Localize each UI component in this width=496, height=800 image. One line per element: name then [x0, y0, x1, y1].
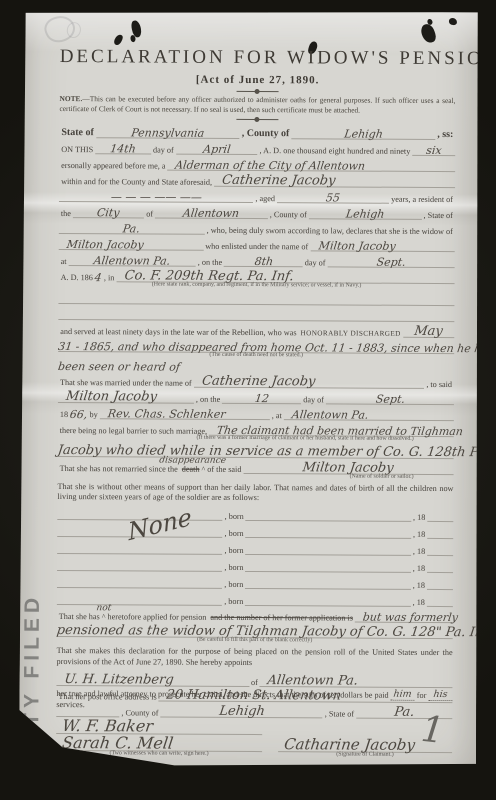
not-insert-value: not — [96, 603, 112, 613]
document-page: DECLARATION FOR WIDOW'S PENSION. [Act of… — [19, 10, 480, 769]
enlist-name-value: Milton Jacoby — [318, 240, 396, 251]
enlist-month-value: Sept. — [376, 256, 406, 267]
dashes-blank: — — — —— —— — [59, 188, 253, 203]
signatures-row: W. F. Baker Sarah C. Mell (Two witnesses… — [56, 717, 452, 759]
po-blank: 20 Hamilton St. Allentown — [159, 688, 453, 704]
child-row: , born , 18 — [57, 538, 453, 556]
officer-value: Alderman of the City of Allentown — [175, 159, 366, 171]
born-label: , born — [222, 580, 245, 589]
witness-column: W. F. Baker Sarah C. Mell (Two witnesses… — [56, 717, 262, 758]
line-aged: — — — —— —— , aged 55 years, a resident … — [59, 187, 455, 204]
ss-label: , ss: — [435, 129, 455, 140]
town-blank: Allentown — [155, 204, 268, 219]
enlist-day-value: 8th — [253, 256, 273, 267]
month-value: April — [202, 143, 231, 154]
county2-blank: Lehigh — [309, 205, 422, 220]
married-under-label: That she was married under the name of — [58, 378, 194, 388]
state3-value: Pa. — [393, 706, 415, 719]
ad-186-label: A. D. 186 — [59, 273, 95, 282]
photo-background: DECLARATION FOR WIDOW'S PENSION. [Act of… — [0, 0, 496, 800]
city-blank: City — [73, 204, 144, 218]
appeared-label: ersonally appeared before me, a — [59, 161, 167, 171]
ornament-divider — [237, 91, 279, 92]
child-name-blank — [57, 591, 222, 606]
child-year-blank — [427, 542, 453, 556]
minister-blank: Rev. Chas. Schlenker — [100, 405, 270, 420]
former-pension-blank: but was formerly — [355, 608, 453, 623]
child-name-blank — [57, 574, 222, 589]
child-date-blank — [245, 575, 410, 590]
witness1-signature: W. F. Baker — [61, 718, 154, 734]
county-value: Lehigh — [343, 128, 383, 139]
born-label: , born — [222, 546, 245, 555]
year18-label: , 18 — [411, 547, 427, 556]
prior-marriage2-blank: Jacoby who died while in service as a me… — [58, 443, 454, 459]
county-label: , County of — [240, 127, 292, 138]
child-date-blank — [246, 541, 411, 556]
line-not-remarried: That she has not remarried since the dis… — [58, 458, 454, 475]
blank-ruled-line — [58, 289, 454, 306]
line-residence: the City of Allentown , County of Lehigh… — [59, 203, 455, 220]
enlist-place-blank: Allentown Pa. — [69, 252, 196, 267]
county2-value: Lehigh — [345, 208, 385, 219]
marriage-month-blank: Sept. — [326, 390, 454, 405]
child-date-blank — [245, 592, 410, 607]
line-soldier: Milton Jacoby who enlisted under the nam… — [59, 235, 455, 252]
note-paragraph: NOTE.—This can be executed before any of… — [59, 94, 455, 116]
state-label: State of — [59, 127, 96, 138]
day-of3-label: day of — [301, 395, 326, 404]
month-blank: April — [176, 140, 258, 154]
at-label: at — [59, 257, 69, 266]
state2-blank: Pa. — [59, 220, 205, 235]
child-date-blank — [246, 524, 411, 539]
discharge-line3-value: been seen or heard of — [57, 361, 180, 373]
state-blank: Pennsylvania — [96, 124, 240, 139]
marriage-day-blank: 12 — [222, 389, 301, 403]
by-label: by — [88, 410, 100, 419]
line-aforesaid: within and for the County and State afor… — [59, 171, 455, 188]
discharge-line2-value: 31 - 1865, and who disappeared from home… — [58, 341, 496, 354]
married-name-value: Catherine Jacoby — [201, 374, 316, 388]
empty-blank — [58, 290, 454, 306]
applied1-label: That she has — [57, 612, 102, 621]
child-date-blank — [245, 558, 410, 573]
husband-blank: Milton Jacoby — [58, 389, 194, 404]
year18-label: , 18 — [411, 581, 427, 590]
discharge-blank: May — [403, 323, 455, 337]
no-barrier-label: there being no legal barrier to such mar… — [58, 426, 209, 436]
child-row: , born , 18 — [57, 504, 453, 522]
act-subtitle: [Act of June 27, 1890. — [60, 73, 456, 88]
prior-marriage-line2-value: Jacoby who died while in service as a me… — [57, 444, 496, 459]
signature-section: That her post office address is 20 Hamil… — [56, 685, 452, 759]
not-insertion: not^ — [102, 612, 106, 621]
county3-value: Lehigh — [218, 705, 265, 718]
born-label: , born — [222, 563, 245, 572]
unit-blank: Co. F. 209th Regt. Pa. Inf. — [116, 268, 454, 284]
aforesaid-label: within and for the County and State afor… — [59, 177, 214, 187]
city-value: City — [97, 207, 121, 218]
line-married-name: That she was married under the name of C… — [58, 372, 454, 389]
enlist-month-blank: Sept. — [327, 253, 454, 268]
prior-marriage-blank: The claimant had been married to Tilghma… — [209, 421, 454, 436]
note-text: —This can be executed before any officer… — [59, 94, 455, 114]
county3-blank: Lehigh — [160, 704, 322, 719]
discharge-line2-blank: 31 - 1865, and who disappeared from home… — [58, 338, 454, 354]
resident-label: years, a resident of — [389, 194, 455, 203]
line-unit: A. D. 1864 , in Co. F. 209th Regt. Pa. I… — [59, 267, 455, 284]
enlist-place-value: Allentown Pa. — [93, 255, 171, 266]
enlist-day-blank: 8th — [224, 252, 303, 266]
age-value: 55 — [325, 192, 340, 203]
born-label: , born — [223, 529, 246, 538]
year-blank: six — [412, 141, 455, 155]
minister-value: Rev. Chas. Schlenker — [107, 408, 226, 420]
ornament-divider — [236, 118, 278, 119]
witness2-line: Sarah C. Mell — [56, 734, 262, 752]
caret-mark: ^ — [102, 612, 106, 621]
declaration-paragraph: That she makes this declaration for the … — [57, 646, 453, 669]
town-value: Allentown — [183, 207, 241, 218]
marriage-month-value: Sept. — [375, 393, 405, 404]
note-label: NOTE. — [59, 94, 82, 103]
served-label: and served at least ninety days in the l… — [58, 327, 298, 337]
child-row: , born , 18 — [57, 521, 453, 539]
at2-label: , at — [270, 411, 284, 420]
year18-label: , 18 — [411, 598, 427, 607]
empty-blank — [58, 306, 454, 322]
state3-label: , State of — [323, 709, 356, 718]
year18-label: , 18 — [411, 513, 427, 522]
the-label: the — [59, 209, 73, 218]
witness2-signature: Sarah C. Mell — [61, 735, 174, 752]
day-of2-label: day of — [303, 258, 328, 267]
claimant-value: Catherine Jacoby — [221, 173, 336, 187]
soldier-blank: Milton Jacoby — [59, 236, 204, 251]
claimant-blank: Catherine Jacoby — [214, 172, 455, 187]
day-value: 14th — [110, 143, 137, 154]
child-year-blank — [427, 508, 453, 522]
on-the-label: , on the — [196, 257, 224, 266]
disappearance-value: disappearance — [159, 455, 227, 465]
to-said-label: , to said — [424, 379, 454, 388]
line-discharge-handwritten: 31 - 1865, and who disappeared from home… — [58, 337, 454, 354]
line-marriage-year: 1866, by Rev. Chas. Schlenker , at Allen… — [58, 404, 454, 421]
support-paragraph: That she is without other means of suppo… — [57, 482, 453, 505]
line-discharge-continued: been seen or heard of — [58, 359, 454, 373]
officer-blank: Alderman of the City of Allentown — [167, 156, 455, 172]
marriage-place-blank: Allentown Pa. — [284, 406, 454, 421]
child-name-blank — [57, 557, 222, 572]
atty-filed-stamp: ATTY FILED — [20, 593, 45, 763]
day-of-label: day of — [151, 145, 176, 154]
po-label: That her post office address is — [56, 692, 158, 702]
line-appeared: ersonally appeared before me, a Alderman… — [59, 155, 455, 172]
page-number: 1 — [419, 709, 446, 752]
born-label: , born — [222, 597, 245, 606]
applied2-label: heretofore applied for pension — [105, 612, 208, 622]
form-content: DECLARATION FOR WIDOW'S PENSION. [Act of… — [56, 10, 456, 713]
line-enlist-place: at Allentown Pa. , on the 8th day of Sep… — [59, 251, 455, 268]
year18-label: , 18 — [411, 530, 427, 539]
line-former-pension-2: pensioned as the widow of Tilghman Jacob… — [57, 622, 453, 639]
soldier-value: Milton Jacoby — [66, 239, 144, 250]
claimant-signature: Catharine Jacoby — [283, 737, 416, 753]
state2-value: Pa. — [123, 223, 141, 234]
former-pension-value: but was formerly — [362, 611, 458, 622]
death-correction: disappearancedeath^ — [180, 464, 206, 473]
dashes-value: — — — —— —— — [110, 191, 202, 202]
state-value: Pennsylvania — [131, 127, 205, 138]
enlisted-label: who enlisted under the name of — [203, 241, 310, 251]
child-year-blank — [427, 525, 453, 539]
applied-struck-label: and the number of her former application… — [208, 613, 355, 623]
husband-value: Milton Jacoby — [65, 390, 158, 403]
soldier2-value: Milton Jacoby — [302, 461, 395, 474]
document-title: DECLARATION FOR WIDOW'S PENSION. — [60, 46, 456, 70]
line-state-county: State of Pennsylvania , County of Lehigh… — [59, 123, 455, 140]
county2-label: , County of — [268, 210, 309, 219]
year-value: six — [425, 144, 442, 155]
aged-label: , aged — [253, 194, 277, 203]
born-label: , born — [223, 512, 246, 521]
soldier2-blank: Milton Jacoby — [243, 460, 453, 475]
marriage-year-value: 66, — [69, 409, 88, 420]
line-discharge: and served at least ninety days in the l… — [58, 321, 454, 338]
married-name-blank: Catherine Jacoby — [194, 373, 425, 388]
line-applied: That she has not^ heretofore applied for… — [57, 606, 453, 623]
line-post-office: That her post office address is 20 Hamil… — [56, 686, 452, 703]
honorably-label: HONORABLY DISCHARGED — [299, 329, 403, 338]
unit-value: Co. F. 209th Regt. Pa. Inf. — [124, 269, 295, 283]
year18-label: , 18 — [411, 564, 427, 573]
y18-label: 18 — [58, 410, 70, 419]
child-row: , born , 18 — [57, 555, 453, 573]
widow-clause-label: , who, being duly sworn according to law… — [205, 225, 455, 235]
on-this-label: ON THIS — [59, 145, 95, 154]
county-blank: Lehigh — [291, 125, 435, 140]
age-blank: 55 — [277, 189, 389, 204]
enlist-name-blank: Milton Jacoby — [310, 237, 455, 252]
marriage-day-value: 12 — [254, 393, 269, 404]
former-pension-line2-value: pensioned as the widow of Tilghman Jacob… — [56, 624, 493, 639]
child-year-blank — [427, 576, 453, 590]
prior-marriage-value: The claimant had been married to Tilghma… — [216, 424, 464, 436]
ad-year-label: , A. D. one thousand eight hundred and n… — [258, 146, 413, 156]
line-prior-marriage-2: Jacoby who died while in service as a me… — [58, 442, 454, 459]
child-year-blank — [427, 559, 453, 573]
child-row: , born , 18 — [57, 589, 453, 607]
on-the2-label: , on the — [194, 394, 222, 403]
child-year-blank — [427, 593, 453, 607]
blank-ruled-line — [58, 305, 454, 322]
soldier-caption: (Name of soldier or sailor.) — [58, 473, 454, 481]
former-pension2-blank: pensioned as the widow of Tilghman Jacob… — [57, 623, 453, 639]
state2-label: , State of — [422, 210, 455, 219]
line-widow-clause: Pa. , who, being duly sworn according to… — [59, 219, 455, 236]
marriage-place-value: Allentown Pa. — [291, 409, 369, 420]
day-blank: 14th — [95, 140, 151, 154]
discharge-value: May — [414, 324, 444, 337]
children-section: None , born , 18 , born , 18 — [57, 504, 454, 607]
line-date: ON THIS 14th day of April , A. D. one th… — [59, 139, 455, 156]
child-row: , born , 18 — [57, 572, 453, 590]
line-husband: Milton Jacoby , on the 12 day of Sept. — [58, 388, 454, 405]
po-value: 20 Hamilton St. Allentown — [166, 689, 342, 703]
line-no-barrier: there being no legal barrier to such mar… — [58, 420, 454, 437]
in-label: , in — [102, 273, 117, 282]
child-date-blank — [246, 507, 411, 522]
of-label: of — [144, 209, 155, 218]
